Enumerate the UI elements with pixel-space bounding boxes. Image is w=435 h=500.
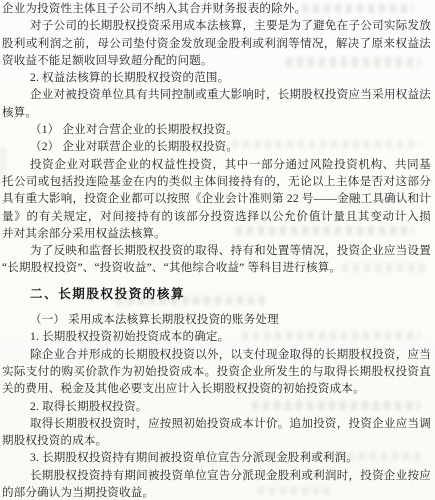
page-text-block: 企业为投资性主体且子公司不纳入其合并财务报表的除外。对子公司的长期股权投资采用成… (2, 1, 431, 500)
text-line: （1） 企业对合营企业的长期股权投资。 (2, 122, 431, 139)
text-line: 取得长期股权投资时，应按照初始投资成本计价。追加投资，投资企业应当调整长 (2, 416, 431, 433)
text-line: 3. 长期股权投资持有期间被投资单位宣告分派现金股利或利润。 (2, 450, 431, 467)
text-line: 实际支付的购买价款作为初始投资成本。投资企业所发生的与取得长期股权投资直接相 (2, 364, 431, 381)
text-line: 的部分确认为当期投资收益。 (2, 485, 431, 500)
text-line: 具有重大影响，投资企业都可以按照《企业会计准则第 22 号——金融工具确认和计 (2, 191, 431, 208)
scanned-book-page: 企业为投资性主体且子公司不纳入其合并财务报表的除外。对子公司的长期股权投资采用成… (0, 0, 435, 500)
text-line: 2. 取得长期股权投资。 (2, 399, 431, 416)
text-line: 对子公司的长期股权投资采用成本法核算，主要是为了避免在子公司实际发放现金 (2, 18, 431, 35)
text-line: 股利或利润之前，母公司垫付资金发放现金股利或利润等情况，解决了原来权益法下投 (2, 36, 431, 53)
text-line: 期股权投资的成本。 (2, 433, 431, 450)
text-line: “长期股权投资”、“投资收益”、“其他综合收益” 等科目进行核算。 (2, 260, 431, 277)
text-line: （2） 企业对联营企业的长期股权投资。 (2, 139, 431, 156)
text-line: 企业为投资性主体且子公司不纳入其合并财务报表的除外。 (2, 1, 431, 18)
text-line: 托公司或包括投连险基金在内的类似主体间接持有的，无论以上主体是否对这部分投资 (2, 174, 431, 191)
text-line: 投资企业对联营企业的权益性投资，其中一部分通过风险投资机构、共同基金、信 (2, 157, 431, 174)
text-line: 除企业合并形成的长期股权投资以外，以支付现金取得的长期股权投资，应当按照 (2, 347, 431, 364)
section-heading: 二、长期股权投资的核算 (2, 286, 431, 303)
text-line: 并对其余部分采用权益法核算。 (2, 226, 431, 243)
text-line: 量》的有关规定，对间接持有的该部分投资选择以公允价值计量且其变动计入损益， (2, 209, 431, 226)
text-line: 关的费用、税金及其他必要支出应计入长期股权投资的初始投资成本。 (2, 381, 431, 398)
text-line: （一） 采用成本法核算长期股权投资的账务处理 (2, 312, 431, 329)
text-line: 长期股权投资持有期间被投资单位宣告分派现金股利或利润时，投资企业按应享有 (2, 468, 431, 485)
text-line: 2. 权益法核算的长期股权投资的范围。 (2, 70, 431, 87)
text-line: 为了反映和监督长期股权投资的取得、持有和处置等情况，投资企业应当设置 (2, 243, 431, 260)
text-line: 1. 长期股权投资初始投资成本的确定。 (2, 329, 431, 346)
text-line: 企业对被投资单位具有共同控制或重大影响时，长期股权投资应当采用权益法 (2, 87, 431, 104)
text-line: 资收益不能足额收回导致超分配的问题。 (2, 53, 431, 70)
text-line: 核算。 (2, 105, 431, 122)
